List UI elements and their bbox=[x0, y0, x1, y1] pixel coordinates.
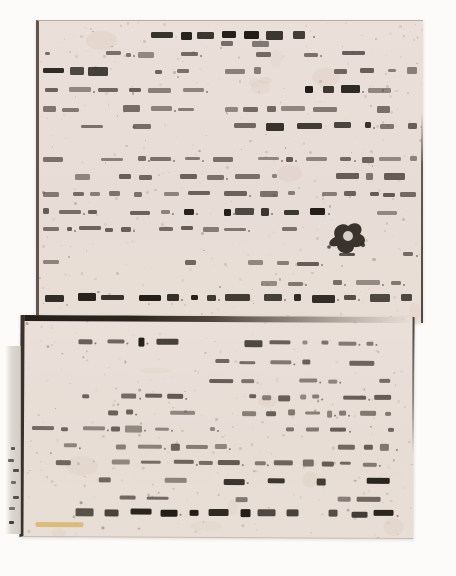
page-right-edge-shadow bbox=[412, 317, 415, 454]
underlying-page-edge-strip bbox=[6, 346, 21, 534]
text-line bbox=[39, 171, 423, 184]
text-line bbox=[24, 335, 414, 350]
scanned-document-background bbox=[0, 0, 456, 576]
text-line bbox=[39, 188, 423, 201]
text-line bbox=[39, 120, 423, 133]
text-line bbox=[24, 492, 414, 507]
text-line bbox=[39, 153, 423, 166]
text-line bbox=[24, 390, 414, 405]
text-block-top bbox=[39, 21, 423, 323]
text-block-bottom bbox=[23, 315, 414, 538]
text-line bbox=[39, 277, 423, 290]
text-line bbox=[24, 406, 414, 421]
text-line bbox=[39, 292, 423, 305]
text-line bbox=[24, 422, 414, 437]
text-line bbox=[39, 65, 423, 78]
scanned-page-top bbox=[36, 20, 423, 323]
text-line bbox=[24, 373, 414, 388]
text-line bbox=[24, 506, 414, 521]
page-right-edge-shadow bbox=[421, 113, 423, 323]
text-line bbox=[39, 84, 423, 97]
text-line bbox=[24, 474, 414, 489]
scanned-page-bottom bbox=[19, 315, 414, 539]
highlight-mark bbox=[35, 522, 83, 527]
text-line bbox=[24, 440, 414, 455]
text-line bbox=[24, 355, 414, 370]
text-line bbox=[24, 456, 414, 471]
text-line bbox=[39, 103, 423, 116]
text-line bbox=[39, 48, 423, 61]
signature-ink-blot bbox=[321, 217, 371, 261]
